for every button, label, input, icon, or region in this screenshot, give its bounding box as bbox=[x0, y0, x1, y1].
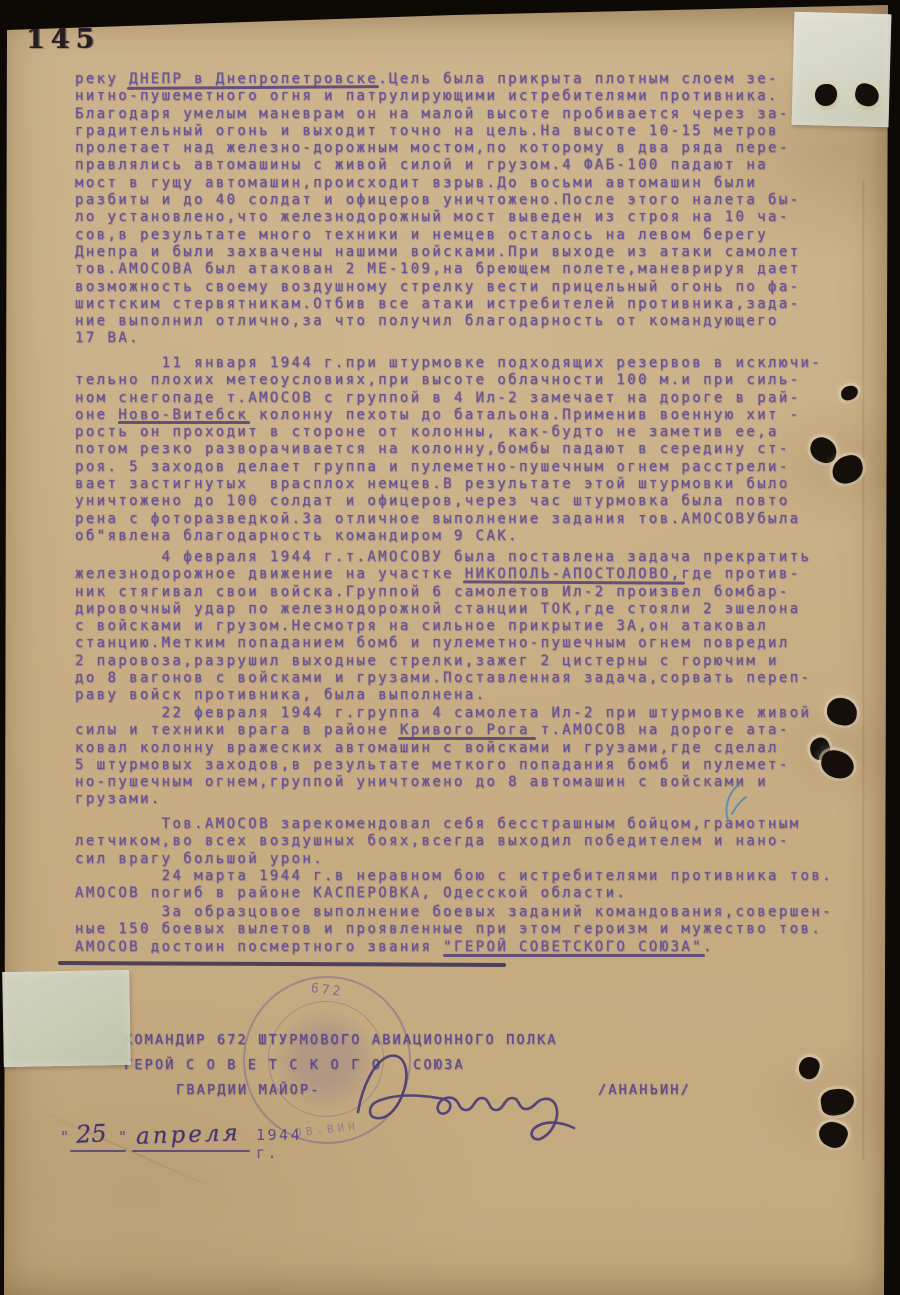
paragraph-dnepr-raid: реку ДНЕПР в Днепропетровске.Цель была п… bbox=[75, 71, 801, 348]
ink-underline-novo-vitebsk bbox=[118, 421, 250, 424]
paragraph-11-january: 11 января 1944 г.при штурмовке подходящи… bbox=[75, 355, 822, 545]
photo-background: 145 реку ДНЕПР в Днепропетровске.Цель бы… bbox=[0, 0, 900, 1295]
paper-crease bbox=[862, 180, 865, 1160]
paragraph-death: 24 марта 1944 г.в неравном бою с истреби… bbox=[75, 868, 833, 903]
blue-pencil-mark bbox=[720, 780, 750, 824]
tape-patch-bottom-left bbox=[2, 970, 131, 1067]
handwritten-signature bbox=[352, 1046, 587, 1144]
stamp-ring-text: ОВ.ВИН bbox=[295, 1120, 360, 1140]
date-day-handwritten: 25 bbox=[75, 1119, 107, 1149]
pen-underline-long bbox=[58, 961, 506, 967]
document-page: 145 реку ДНЕПР в Днепропетровске.Цель бы… bbox=[0, 0, 900, 1295]
stamp-number: 672 bbox=[310, 981, 344, 1000]
signer-name: /АНАНЬИН/ bbox=[598, 1078, 691, 1103]
date-year-typed: 1944 г. bbox=[256, 1126, 302, 1162]
date-month-handwritten: апреля bbox=[136, 1120, 242, 1150]
date-quote-close: " bbox=[118, 1128, 127, 1146]
tape-patch-top-right bbox=[792, 12, 892, 128]
paragraph-4-february: 4 февраля 1944 г.т.АМОСОВУ была поставле… bbox=[75, 549, 811, 705]
date-quote-open: " bbox=[60, 1128, 69, 1146]
commander-title-line3: ГВАРДИИ МАЙОР- bbox=[176, 1078, 321, 1103]
paragraph-award: За образцовое выполнение боевых заданий … bbox=[75, 904, 833, 956]
ink-underline-hero-title bbox=[443, 954, 705, 957]
date-day-blank-line bbox=[70, 1150, 126, 1152]
paragraph-characteristic: Тов.АМОСОВ зарекомендовал себя бесстрашн… bbox=[75, 816, 801, 868]
paragraph-22-february: 22 февраля 1944 г.группа 4 самолета Ил-2… bbox=[75, 705, 811, 809]
date-month-blank-line bbox=[132, 1150, 250, 1152]
ink-underline-krivoy-rog bbox=[398, 737, 536, 740]
page-number: 145 bbox=[26, 24, 100, 55]
